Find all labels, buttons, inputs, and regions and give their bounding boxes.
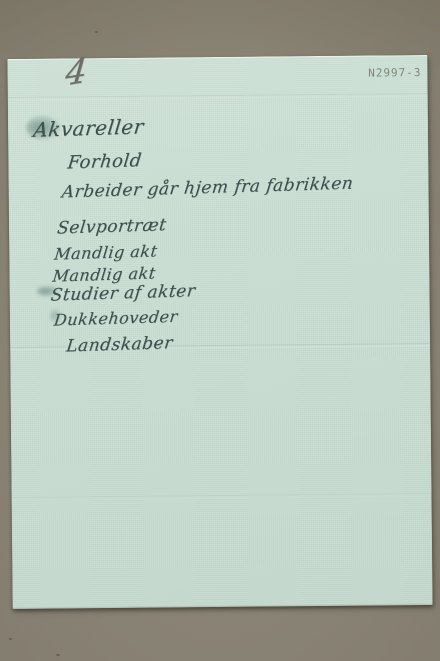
dust-speck [56,654,60,656]
paper-sheet: 4 N2997-3 Akvareller Forhold Arbeider gå… [7,55,432,609]
dust-speck [9,638,12,640]
list-item: Landskaber [65,333,174,356]
archive-number-stamp: N2997-3 [368,66,421,80]
heading-akvareller: Akvareller [32,114,145,141]
list-item: Forhold [66,150,142,173]
list-item: Studier af akter [50,281,197,305]
paper-crease [12,493,432,500]
list-item: Arbeider går hjem fra fabrikken [61,174,355,203]
list-item: Dukkehoveder [53,307,179,330]
dust-speck [95,31,98,33]
photo-background: 4 N2997-3 Akvareller Forhold Arbeider gå… [0,0,440,661]
paper-crease [8,93,428,100]
list-item: Mandlig akt [53,241,158,263]
page-number: 4 [64,50,89,94]
list-item: Selvportræt [56,215,167,238]
